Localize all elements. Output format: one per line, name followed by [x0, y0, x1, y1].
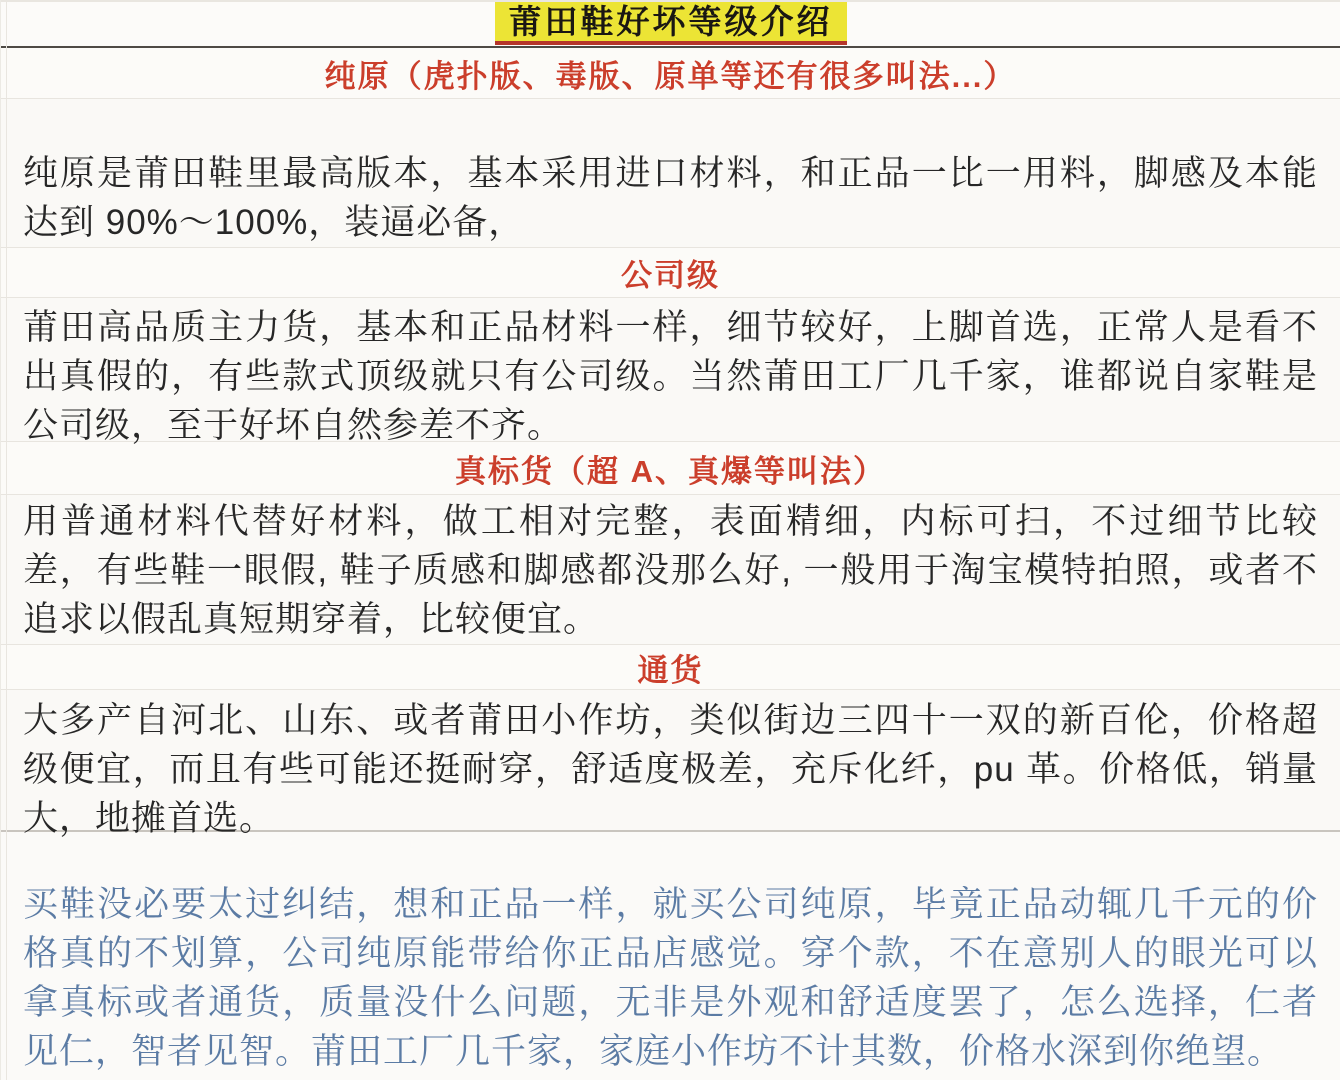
section-body-tonghuo: 大多产自河北、山东、或者莆田小作坊，类似街边三四十一双的新百伦，价格超级便宜，而…	[23, 696, 1318, 843]
section-body-gongsiji: 莆田高品质主力货，基本和正品材料一样，细节较好，上脚首选，正常人是看不出真假的，…	[23, 303, 1318, 450]
section-chunyuan-heading-row: 纯原（虎扑版、毒版、原单等还有很多叫法...）	[1, 48, 1340, 99]
section-heading-chunyuan: 纯原（虎扑版、毒版、原单等还有很多叫法...）	[325, 51, 1017, 96]
page-title: 莆田鞋好坏等级介绍	[495, 2, 847, 45]
section-heading-gongsiji: 公司级	[621, 250, 720, 295]
section-gongsiji-heading-row: 公司级	[1, 248, 1340, 298]
section-tonghuo-body-row: 大多产自河北、山东、或者莆田小作坊，类似街边三四十一双的新百伦，价格超级便宜，而…	[1, 690, 1340, 832]
section-heading-zhenbiaohuo: 真标货（超 A、真爆等叫法）	[455, 446, 886, 491]
section-body-chunyuan: 纯原是莆田鞋里最高版本，基本采用进口材料，和正品一比一用料，脚感及本能达到 90…	[23, 149, 1318, 247]
document-page: 莆田鞋好坏等级介绍 纯原（虎扑版、毒版、原单等还有很多叫法...） 纯原是莆田鞋…	[0, 0, 1340, 1080]
section-gongsiji-body-row: 莆田高品质主力货，基本和正品材料一样，细节较好，上脚首选，正常人是看不出真假的，…	[1, 298, 1340, 442]
section-chunyuan-body-row: 纯原是莆田鞋里最高版本，基本采用进口材料，和正品一比一用料，脚感及本能达到 90…	[1, 99, 1340, 248]
title-row: 莆田鞋好坏等级介绍	[1, 0, 1340, 48]
section-heading-tonghuo: 通货	[638, 645, 704, 690]
section-tonghuo-heading-row: 通货	[1, 645, 1340, 690]
footer-note-row: 买鞋没必要太过纠结，想和正品一样，就买公司纯原，毕竟正品动辄几千元的价格真的不划…	[1, 832, 1340, 1080]
section-zhenbiaohuo-body-row: 用普通材料代替好材料，做工相对完整，表面精细，内标可扫，不过细节比较差，有些鞋一…	[1, 495, 1340, 645]
footer-note: 买鞋没必要太过纠结，想和正品一样，就买公司纯原，毕竟正品动辄几千元的价格真的不划…	[23, 880, 1318, 1076]
section-body-zhenbiaohuo: 用普通材料代替好材料，做工相对完整，表面精细，内标可扫，不过细节比较差，有些鞋一…	[23, 497, 1318, 644]
